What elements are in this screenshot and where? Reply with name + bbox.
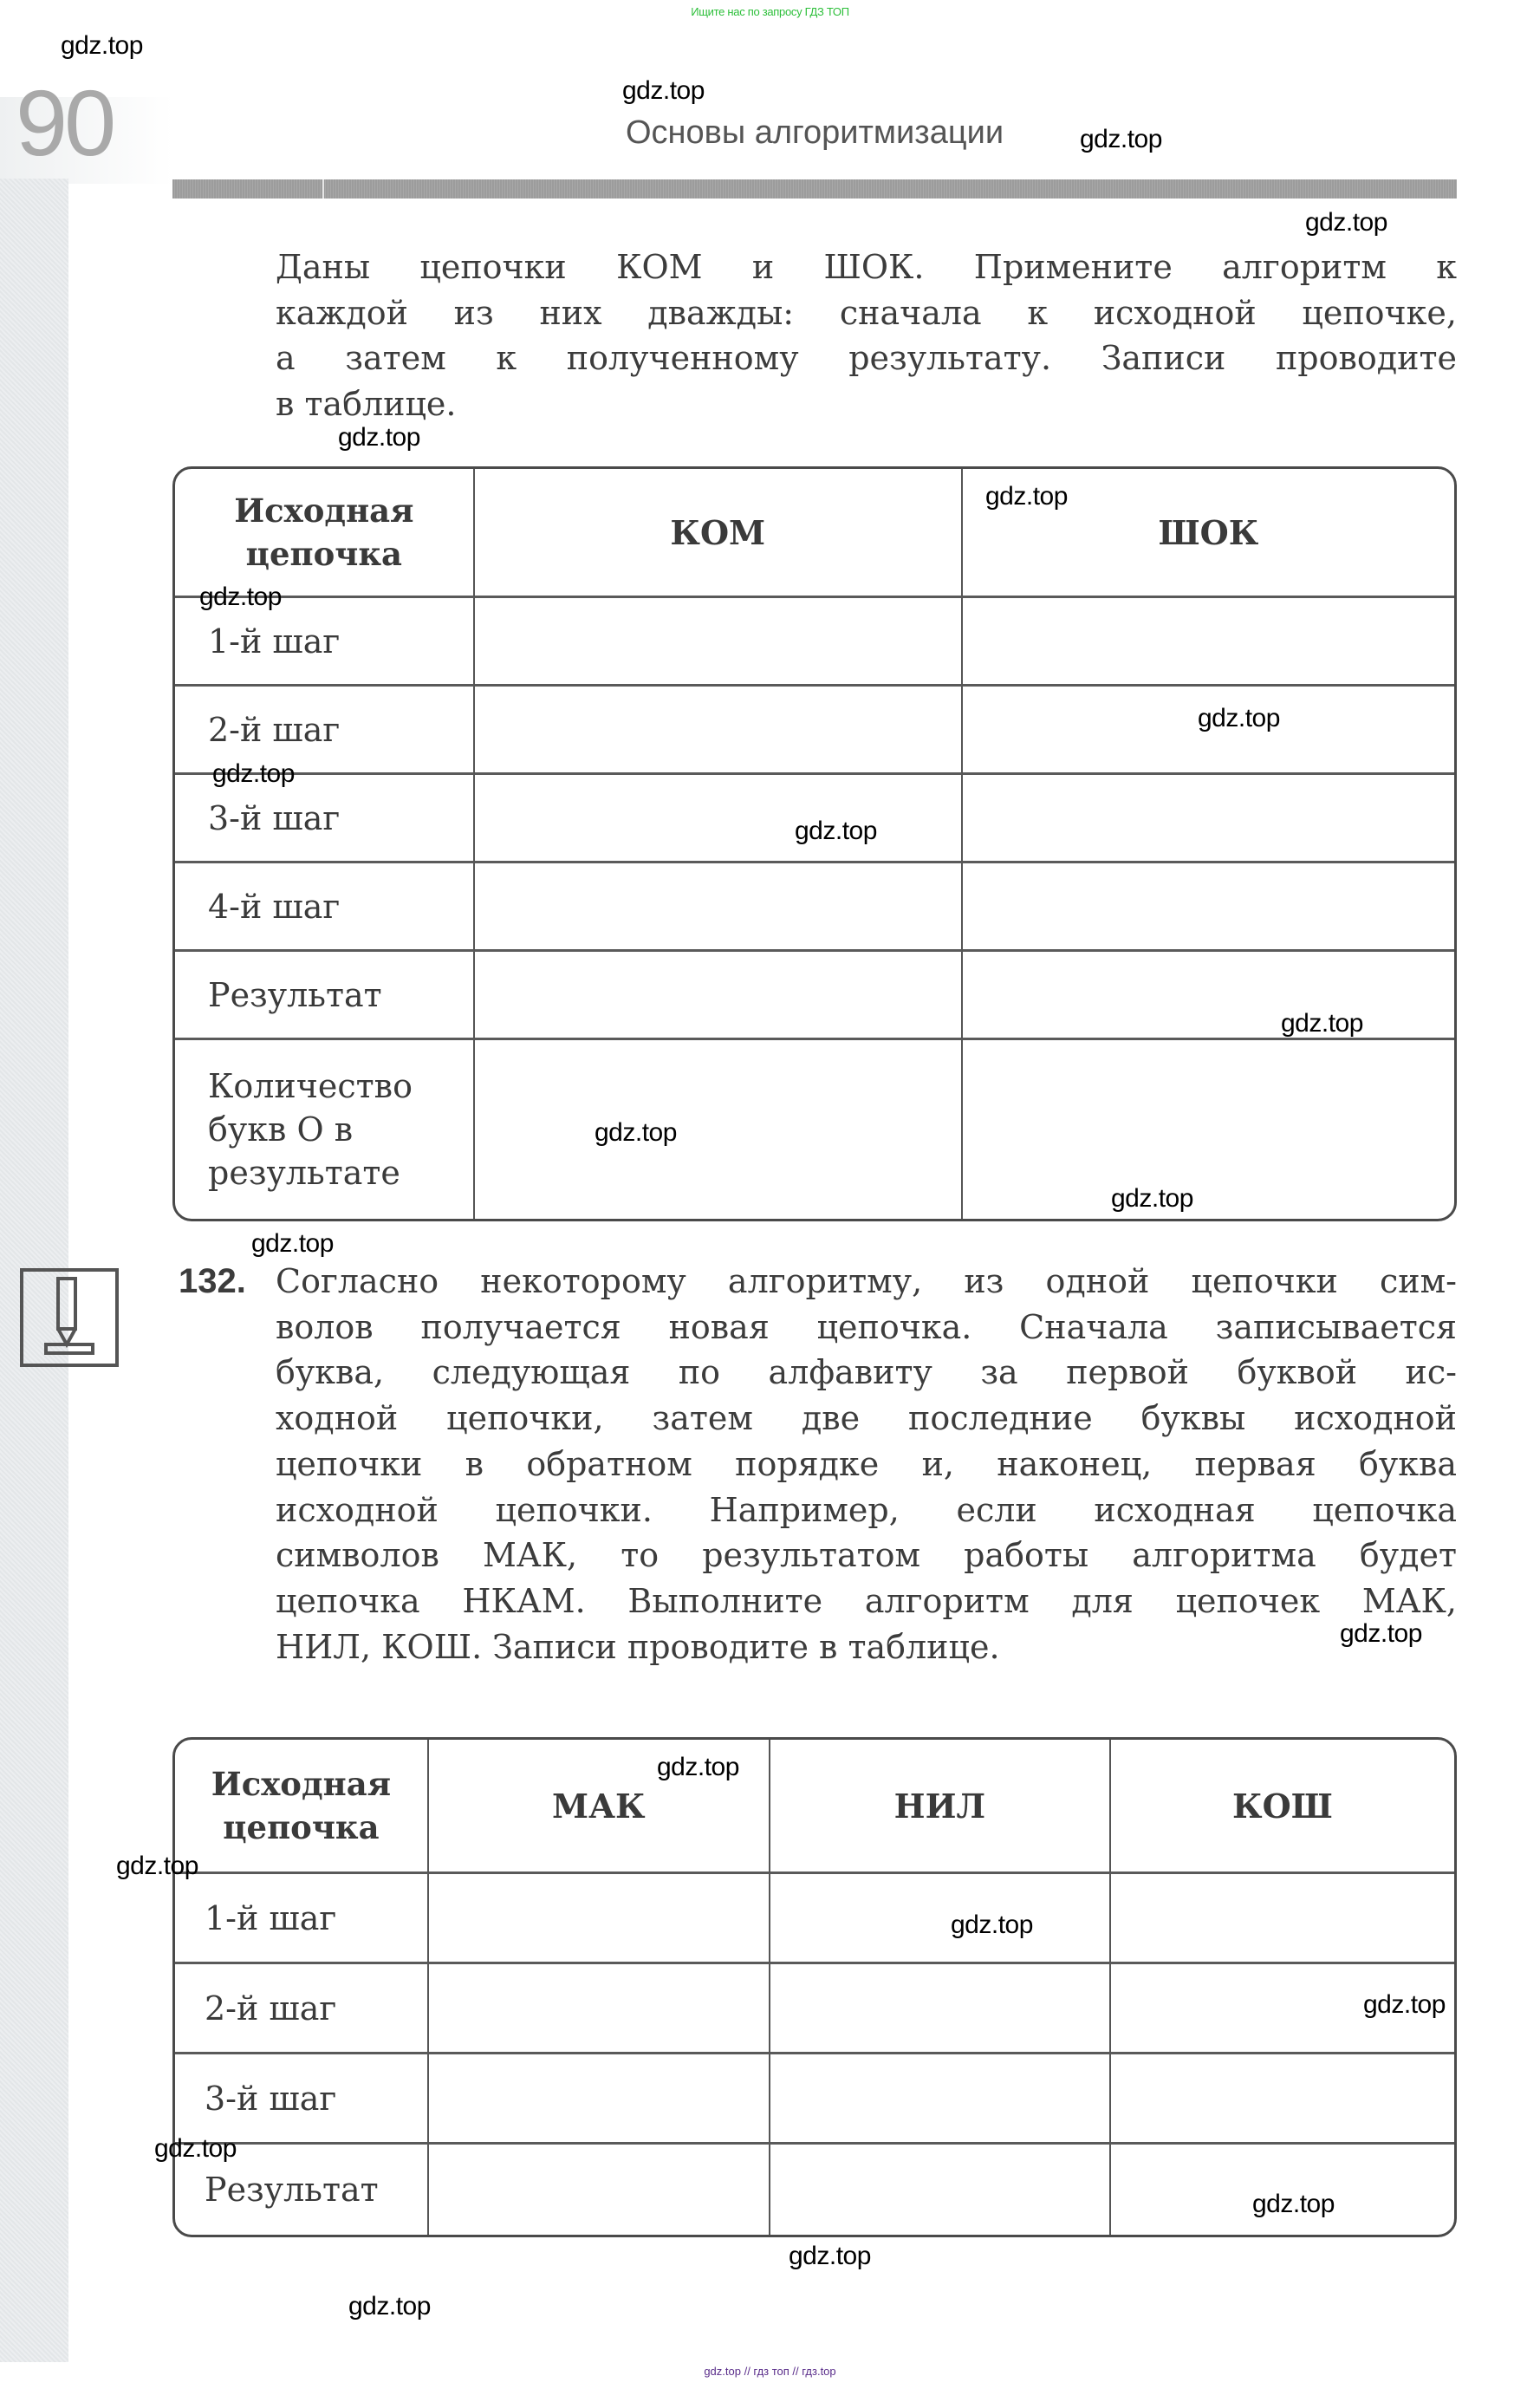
table-header-row: Исходная цепочка МАК НИЛ КОШ <box>175 1740 1454 1874</box>
row-label: Количество букв О в результате <box>175 1040 475 1219</box>
task2-text: Согласно некоторому алгоритму, из одной … <box>276 1259 1457 1670</box>
watermark[interactable]: gdz.top <box>951 1912 1033 1938</box>
answer-cell[interactable] <box>963 863 1454 952</box>
text-line: цепочки в обратном порядке и, наконец, п… <box>276 1442 1457 1487</box>
answer-cell[interactable] <box>963 775 1454 863</box>
answer-cell[interactable] <box>770 1874 1111 1964</box>
watermark[interactable]: gdz.top <box>1305 210 1387 236</box>
watermark[interactable]: gdz.top <box>338 425 420 451</box>
answer-cell[interactable] <box>1111 2054 1454 2145</box>
watermark[interactable]: gdz.top <box>1252 2191 1335 2217</box>
answer-cell[interactable] <box>770 1964 1111 2054</box>
watermark[interactable]: gdz.top <box>212 761 295 787</box>
task2-table: Исходная цепочка МАК НИЛ КОШ 1-й шаг 2-й… <box>172 1737 1457 2237</box>
watermark[interactable]: gdz.top <box>595 1120 677 1146</box>
answer-cell[interactable] <box>429 2145 770 2235</box>
row-label: 3-й шаг <box>175 775 475 863</box>
watermark[interactable]: gdz.top <box>199 584 282 610</box>
task1-text: Даны цепочки КОМ и ШОК. Примените алгори… <box>276 244 1457 427</box>
answer-cell[interactable] <box>770 2054 1111 2145</box>
watermark[interactable]: gdz.top <box>1281 1011 1363 1037</box>
watermark[interactable]: gdz.top <box>1340 1621 1422 1647</box>
header-kosh: КОШ <box>1111 1740 1454 1874</box>
table-row: 4-й шаг <box>175 863 1454 952</box>
watermark[interactable]: gdz.top <box>61 33 143 59</box>
search-banner[interactable]: Ищите нас по запросу ГДЗ ТОП <box>0 5 1540 18</box>
watermark[interactable]: gdz.top <box>795 818 877 844</box>
table-row: 3-й шаг <box>175 2054 1454 2145</box>
text-line: ходной цепочки, затем две последние букв… <box>276 1396 1457 1442</box>
header-source-chain: Исходная цепочка <box>175 469 475 598</box>
text-line: символов МАК, то результатом работы алго… <box>276 1533 1457 1579</box>
watermark[interactable]: gdz.top <box>348 2294 431 2320</box>
answer-cell[interactable] <box>1111 1874 1454 1964</box>
watermark[interactable]: gdz.top <box>251 1231 334 1257</box>
text-line: Даны цепочки КОМ и ШОК. Примените алгори… <box>276 244 1457 290</box>
header-source-chain: Исходная цепочка <box>175 1740 429 1874</box>
watermark[interactable]: gdz.top <box>154 2136 237 2162</box>
answer-cell[interactable] <box>475 598 963 687</box>
pencil-write-icon <box>20 1268 119 1367</box>
text-line: а затем к полученному результату. Записи… <box>276 335 1457 381</box>
row-label: 1-й шаг <box>175 1874 429 1964</box>
answer-cell[interactable] <box>475 775 963 863</box>
watermark[interactable]: gdz.top <box>789 2243 871 2269</box>
watermark[interactable]: gdz.top <box>622 78 705 104</box>
row-label: Результат <box>175 952 475 1040</box>
text-line: волов получается новая цепочка. Сначала … <box>276 1305 1457 1351</box>
row-label: 2-й шаг <box>175 1964 429 2054</box>
header-nil: НИЛ <box>770 1740 1111 1874</box>
section-title: Основы алгоритмизации <box>485 116 1144 149</box>
answer-cell[interactable] <box>963 952 1454 1040</box>
table-row: 1-й шаг <box>175 598 1454 687</box>
title-divider-gap <box>322 179 324 199</box>
row-label: 3-й шаг <box>175 2054 429 2145</box>
text-line: НИЛ, КОШ. Записи проводите в таблице. <box>276 1624 1457 1670</box>
watermark[interactable]: gdz.top <box>1363 1992 1446 2018</box>
table-row: Количество букв О в результате <box>175 1040 1454 1219</box>
table-row: Результат <box>175 952 1454 1040</box>
text-line: исходной цепочки. Например, если исходна… <box>276 1487 1457 1533</box>
answer-cell[interactable] <box>429 2054 770 2145</box>
answer-cell[interactable] <box>963 598 1454 687</box>
row-label: 4-й шаг <box>175 863 475 952</box>
table-header-row: Исходная цепочка КОМ ШОК <box>175 469 1454 598</box>
text-line: буква, следующая по алфавиту за первой б… <box>276 1350 1457 1396</box>
title-divider-bar <box>172 179 1457 199</box>
page-number: 90 <box>16 76 113 170</box>
answer-cell[interactable] <box>770 2145 1111 2235</box>
answer-cell[interactable] <box>963 1040 1454 1219</box>
table-row: 1-й шаг <box>175 1874 1454 1964</box>
watermark[interactable]: gdz.top <box>1080 127 1162 153</box>
answer-cell[interactable] <box>475 687 963 775</box>
text-line: Согласно некоторому алгоритму, из одной … <box>276 1259 1457 1305</box>
watermark[interactable]: gdz.top <box>985 484 1068 510</box>
watermark[interactable]: gdz.top <box>657 1754 739 1780</box>
answer-cell[interactable] <box>429 1874 770 1964</box>
watermark[interactable]: gdz.top <box>1198 706 1280 732</box>
header-kom: КОМ <box>475 469 963 598</box>
watermark[interactable]: gdz.top <box>1111 1186 1193 1212</box>
answer-cell[interactable] <box>429 1964 770 2054</box>
answer-cell[interactable] <box>475 952 963 1040</box>
answer-cell[interactable] <box>475 1040 963 1219</box>
watermark[interactable]: gdz.top <box>116 1853 198 1879</box>
text-line: каждой из них дважды: сначала к исходной… <box>276 290 1457 336</box>
text-line: цепочка НКАМ. Выполните алгоритм для цеп… <box>276 1579 1457 1624</box>
table-row: 2-й шаг <box>175 1964 1454 2054</box>
footer-links[interactable]: gdz.top // гдз топ // гдз.top <box>0 2365 1540 2378</box>
answer-cell[interactable] <box>475 863 963 952</box>
text-line: в таблице. <box>276 381 1457 427</box>
row-label: 1-й шаг <box>175 598 475 687</box>
task-number: 132. <box>179 1259 246 1305</box>
